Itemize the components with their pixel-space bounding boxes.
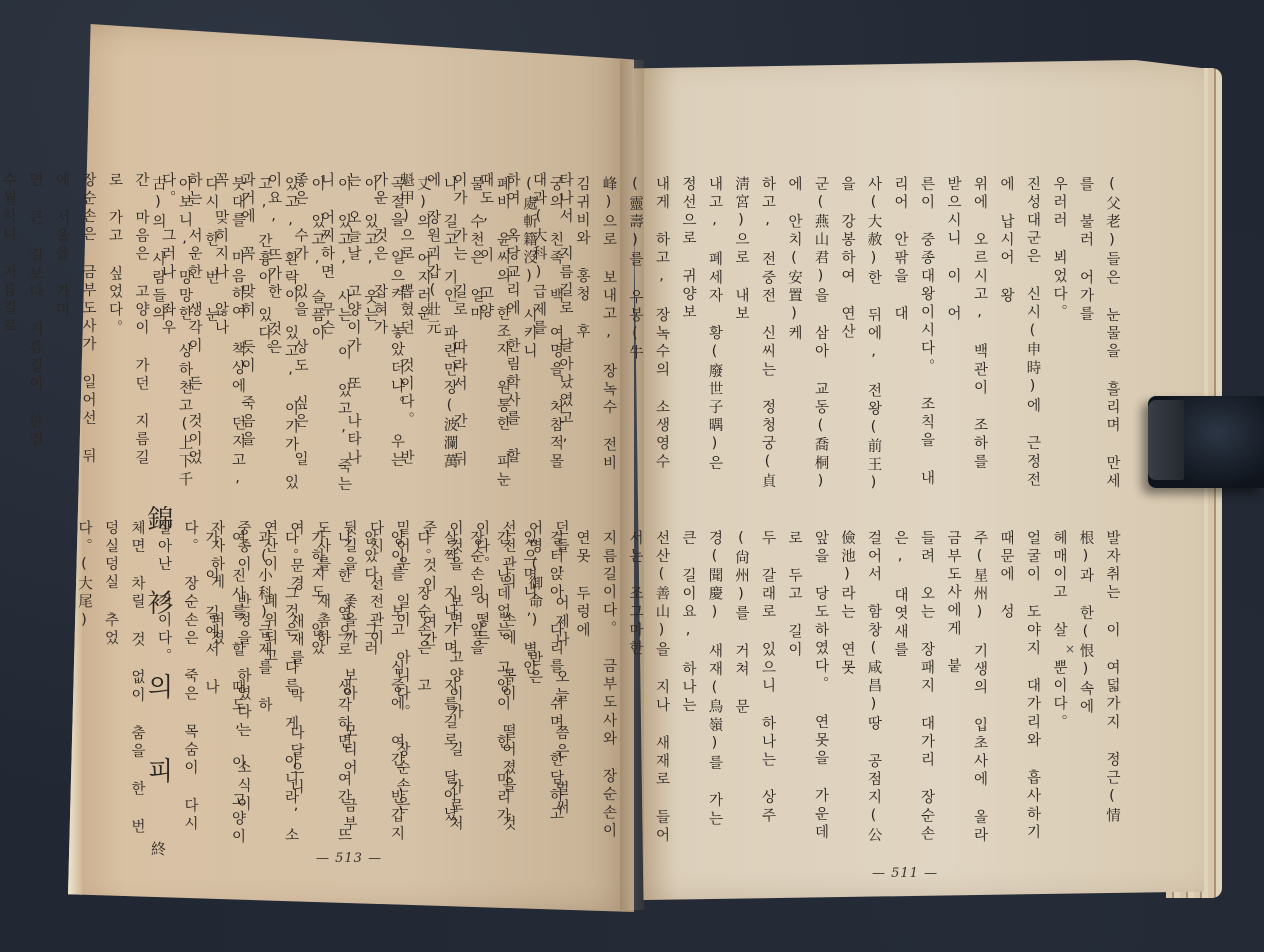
text-column: 선산(善山)을 지나 새재로 들어서는 조그마한 [622,530,675,860]
text-column: 살짝 지나가며 지름길로 달아났다。 장순손은 고 [410,530,463,860]
right-page-lower-text: 발자취는 이 여덟가지 정근(情根)과 한(恨)속에 헤매이고 살 뿐이다。 얼… [700,530,1125,860]
text-column: 양이를 보고 심중에 여간 반갑지 않았다。 그러 [357,530,410,860]
text-column: 위에 오르시고, 백관이 조하를 받으시니 이 어 [940,176,993,500]
text-column: 장순손은 금부도사가 일어선 뒤에 서울을 가며 [48,172,101,480]
text-column: 얼굴이 도야지 대가리와 흡사하기 때문에 성 [993,530,1046,860]
text-column: 우러러 뵈었다。 [1046,176,1073,500]
title-char: 錦 [143,505,173,545]
text-column: 지름길이다。 금부도사와 장순손이 연못 두렁에 [569,530,622,860]
text-column: 나 한 옆으로 생각하면 여간 뜨가하지도 않았 [304,530,357,860]
text-column: 진성대군은 신시(申時)에 근정전에 납시어 왕 [993,176,1046,500]
story-title: 錦 衫 의 피 終 [140,505,177,856]
page-weight-stone [1148,396,1264,488]
title-char: 의 [143,673,173,713]
text-column: 여 진사를 할 때도, 이 고양이가 이 길에서 나 [198,530,251,860]
text-column: 군(燕山君)을 삼아 교동(喬桐)에 안치(安置)케 [781,176,834,500]
text-column: 내게 하고, 장녹수의 소생영수(靈壽)를 우봉(牛 [622,176,675,500]
page-weight-face [1148,400,1184,480]
text-column: (父老)들은 눈물을 흘리며 만세를 불러 어가를 [1072,176,1125,500]
text-column: 붓대를 마음하여 책상에 던지고, 다시 한 번 눈 [198,176,251,500]
text-column: 경(聞慶) 새재(鳥嶺)를 가는 큰 길이요, 하나는 [675,530,728,860]
end-mark: 終 [149,841,167,856]
text-column: 폐비 윤씨의 한조자 원통한 피눈물 수천은 얼마 [463,176,516,500]
text-column: 걸터앉아 다리를 쉬며 한담하고 있으며니, 별안 [516,530,569,860]
text-column: 하고, 전중전 신씨는 정청궁(貞淸宮)으로 내보 [728,176,781,500]
text-column: 발자취는 이 여덟가지 정근(情根)과 한(恨)속에 [1072,530,1125,860]
text-column: 간 난데없는 고양이 한 마리가 장순손의 앞을 [463,530,516,860]
title-char: 피 [143,757,173,797]
text-column: 있고, 환락이 있고, 이기가 있고, 간흉이 있다。 [251,176,304,500]
text-column: 곡절을 일으켜 놓았더냐。 우는 이 있고, 웃는 [357,176,410,500]
text-column: 峰)으로 보내고, 장녹수 전비 김귀비와 홍청 후 [569,176,622,500]
right-page-number: — 511 — [872,866,938,881]
open-book: 타나서 지름길로 달아났였고, 대과(大科)급제를 하여 옥당교리에 한림학사를… [0,0,1264,952]
text-column: 면 큰 길보다 지름길이 한결 수월하니 지름길로 [0,172,48,480]
right-page-upper-text: (父老)들은 눈물을 흘리며 만세를 불러 어가를 우러러 뵈었다。 진성대군은… [700,176,1125,500]
text-column: 나 길고 기인 파란만장(波瀾萬丈)의 어지러운 [410,176,463,500]
title-char: 衫 [143,589,173,629]
text-column: 헤매이고 살 뿐이다。 [1046,530,1073,860]
text-column: 들려 오는 장패지 대가리 장순손은, 대엿새를 [887,530,940,860]
text-column: 사(大赦)한 뒤에, 전왕(前王)을 강봉하여 연산 [834,176,887,500]
text-column: 다。(大尾) [71,520,98,840]
text-column: 앞을 당도하였다。 연못을 가운데로 두고 길이 [781,530,834,860]
text-column: 아보니, 망망한 상하천고(上下千古)의 사람들의 [145,176,198,500]
text-column: 궁의 친족 백 여명을 처참적몰(處斬籍沒) 시키니 [516,176,569,500]
text-column: 내고, 폐세자 황(廢世子㬂)은 정선으로 귀양보 [675,176,728,500]
text-column: 걸어서 함창(咸昌)땅 공점지(公儉池)라는 연못 [834,530,887,860]
text-column: 두 갈래로 있으니 하나는 상주(尙州)를 거쳐 문 [728,530,781,860]
text-column: 른이 중종대왕이시다。 조칙을 내리어 안팎을 대 [887,176,940,500]
text-column: 다。 그것은 다른 게 아니라 소과(小科)급제를 하 [251,530,304,860]
text-column: 주(星州) 기생의 입초사에 올라 금부도사에게 붙 [940,530,993,860]
text-column: 이 있고, 사는 이 있고, 죽는 이 있고, 슬픔이 [304,176,357,500]
